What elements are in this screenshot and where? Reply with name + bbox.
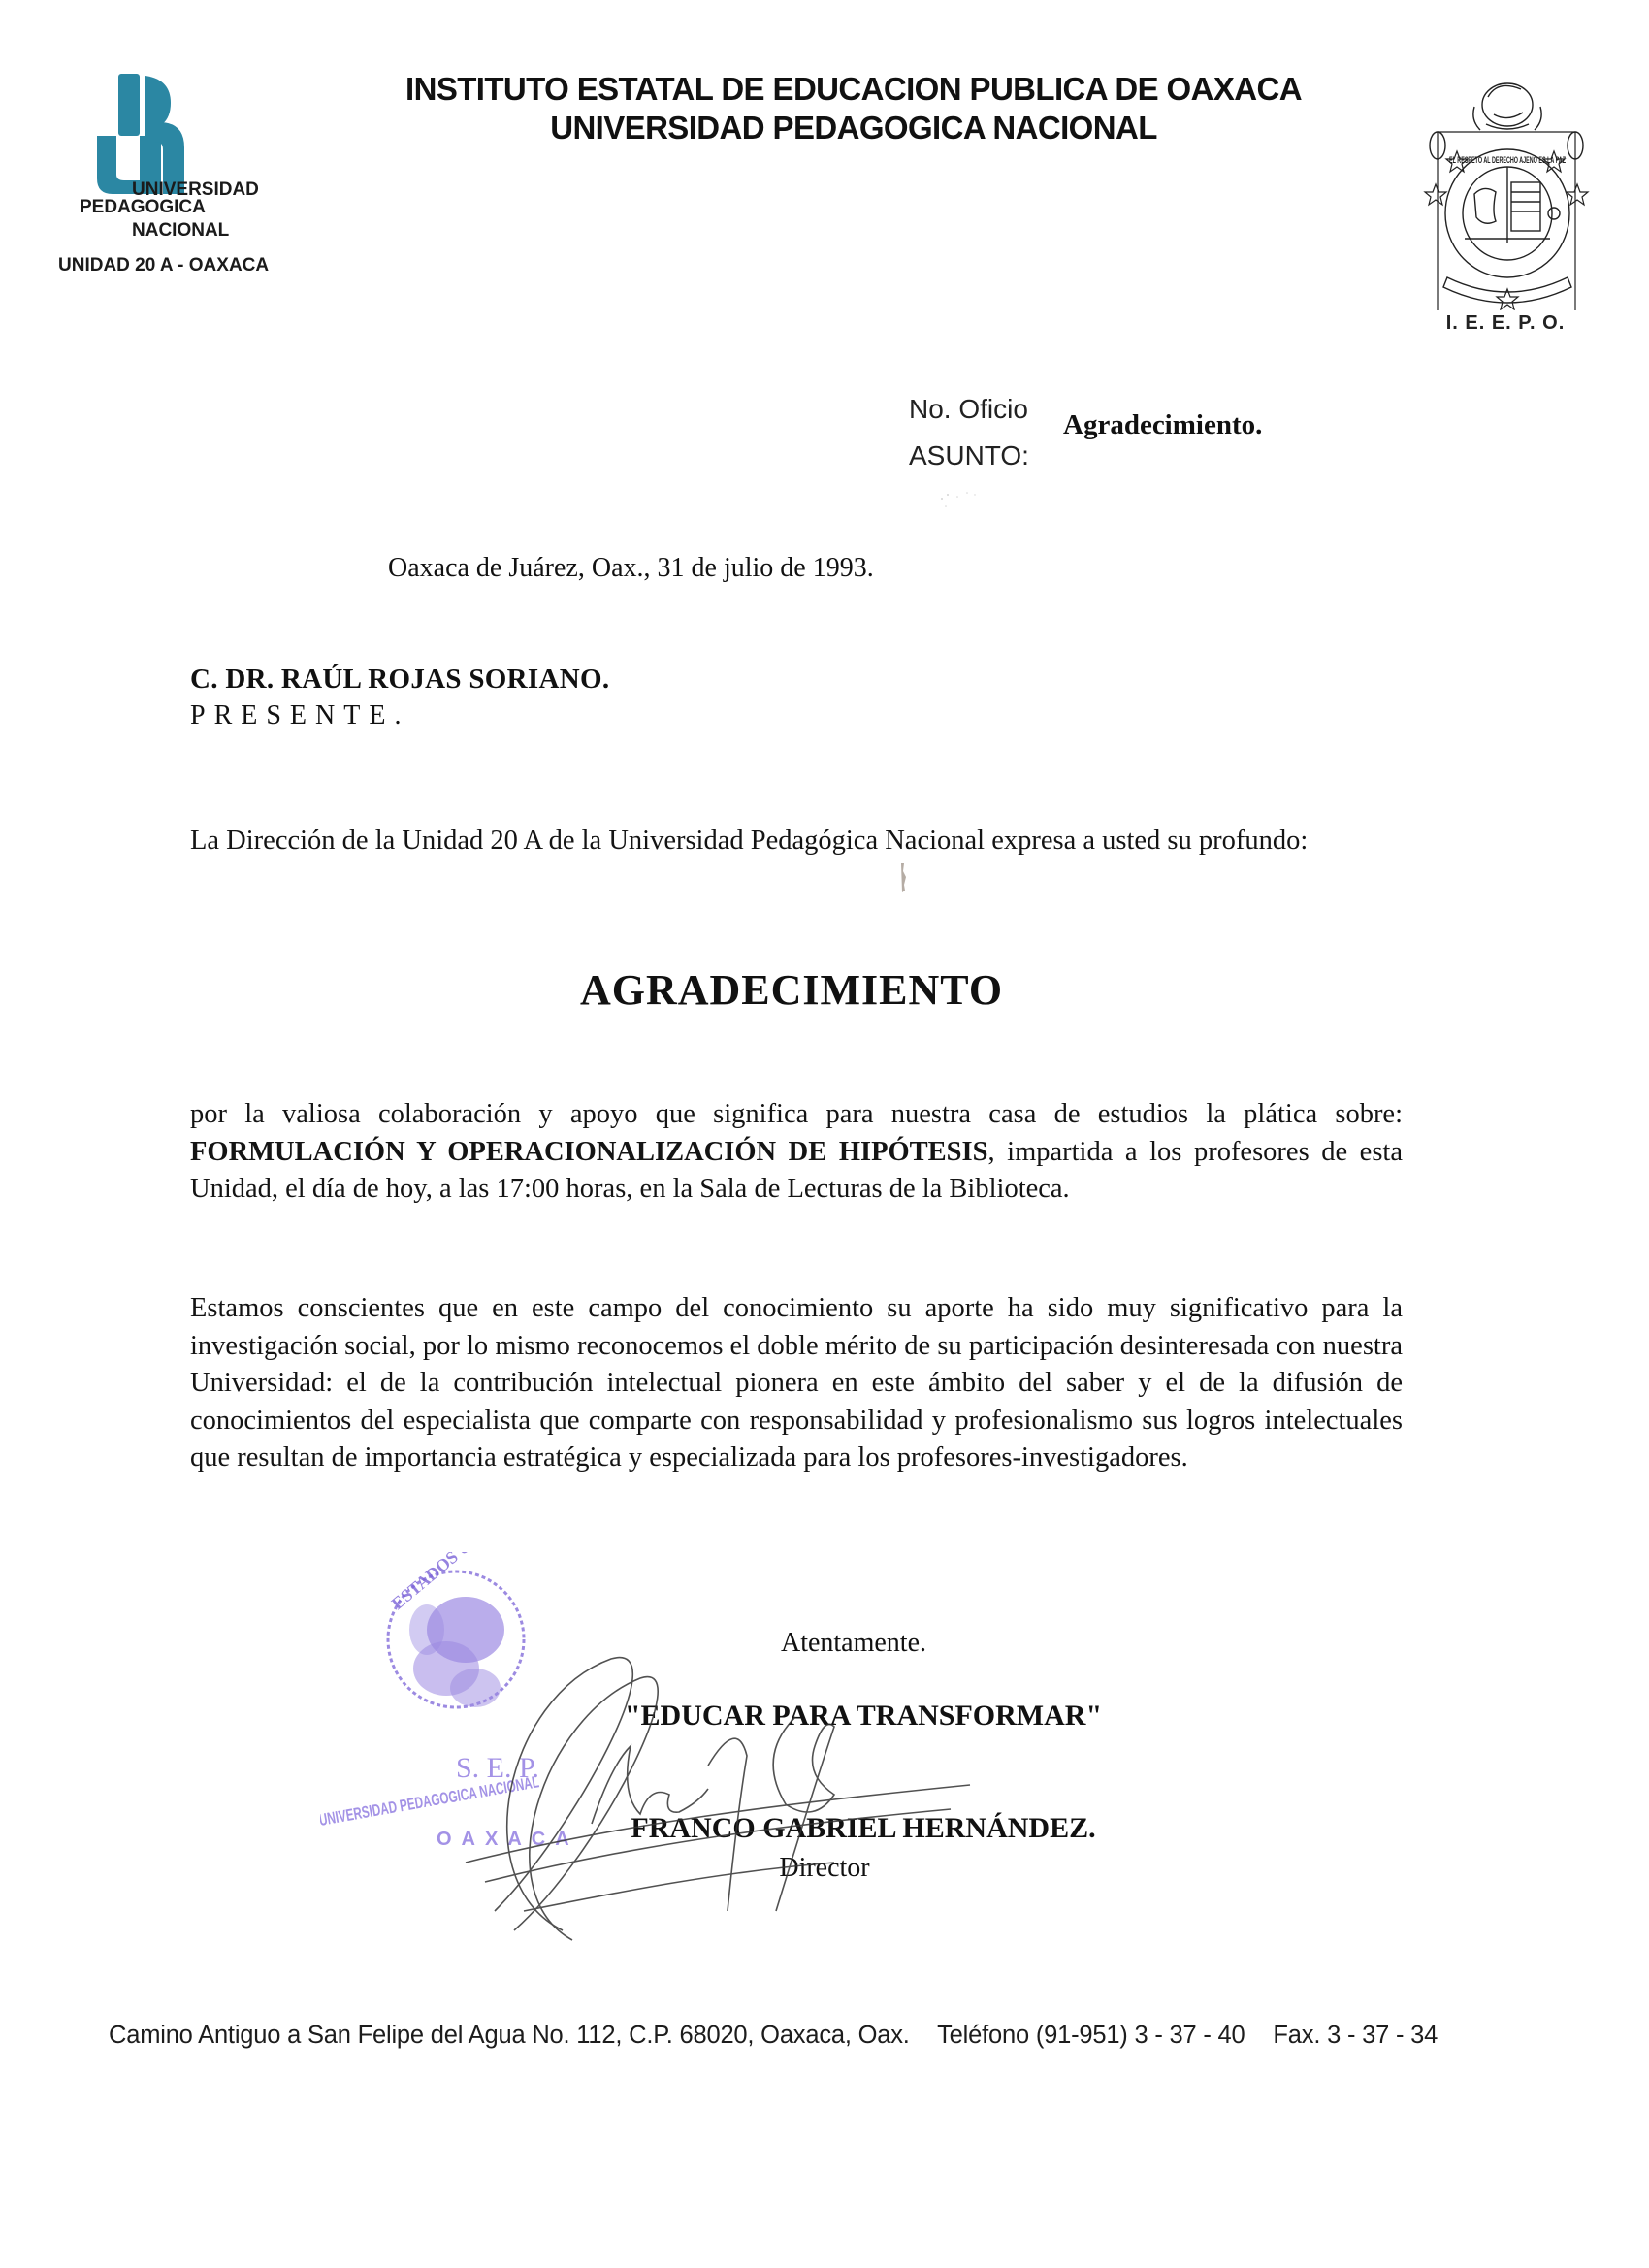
upn-logo: UNIVERSIDAD PEDAGOGICA NACIONAL UNIDAD 2…: [58, 68, 320, 281]
logo-line-nacional: NACIONAL: [132, 221, 229, 240]
ieepo-emblem: EL RESPETO AL DERECHO AJENO ES LA PAZ I.…: [1418, 68, 1593, 340]
footer-address: Camino Antiguo a San Felipe del Agua No.…: [109, 2022, 910, 2049]
intro-paragraph: La Dirección de la Unidad 20 A de la Uni…: [190, 823, 1403, 860]
upn-logo-icon: [78, 68, 213, 194]
logo-unit: UNIDAD 20 A - OAXACA: [58, 256, 269, 275]
recipient-name: C. DR. RAÚL ROJAS SORIANO.: [190, 664, 609, 696]
footer-phone: Teléfono (91-951) 3 - 37 - 40: [937, 2022, 1245, 2049]
asunto-label: ASUNTO:: [909, 433, 1029, 479]
logo-line-pedagogica: PEDAGOGICA: [80, 198, 206, 216]
presente: PRESENTE.: [190, 700, 409, 731]
oficio-label: No. Oficio: [909, 386, 1029, 433]
place-date: Oaxaca de Juárez, Oax., 31 de julio de 1…: [388, 553, 874, 584]
talk-text-before: por la valiosa colaboración y apoyo que …: [190, 1099, 1403, 1129]
recognition-paragraph: Estamos conscientes que en este campo de…: [190, 1290, 1403, 1477]
institution-heading: INSTITUTO ESTATAL DE EDUCACION PUBLICA D…: [359, 70, 1348, 146]
university-title: UNIVERSIDAD PEDAGOGICA NACIONAL: [359, 109, 1348, 147]
emblem-motto: EL RESPETO AL DERECHO AJENO ES LA PAZ: [1449, 155, 1566, 165]
ieepo-label: I. E. E. P. O.: [1418, 312, 1593, 335]
footer-fax: Fax. 3 - 37 - 34: [1273, 2022, 1438, 2049]
talk-topic: FORMULACIÓN Y OPERACIONALIZACIÓN DE HIPÓ…: [190, 1137, 987, 1167]
document-meta-labels: No. Oficio ASUNTO:: [909, 386, 1029, 479]
handwritten-signature-icon: [427, 1639, 1028, 1950]
ink-spot-icon: [897, 861, 909, 900]
scan-smudge-icon: [936, 487, 985, 516]
talk-paragraph: por la valiosa colaboración y apoyo que …: [190, 1096, 1403, 1209]
asunto-value: Agradecimiento.: [1063, 409, 1262, 441]
institution-title: INSTITUTO ESTATAL DE EDUCACION PUBLICA D…: [359, 70, 1348, 109]
footer-contact: Camino Antiguo a San Felipe del Agua No.…: [109, 2022, 1459, 2050]
agradecimiento-title: AGRADECIMIENTO: [0, 965, 1583, 1015]
oaxaca-coat-of-arms-icon: EL RESPETO AL DERECHO AJENO ES LA PAZ: [1418, 68, 1593, 310]
